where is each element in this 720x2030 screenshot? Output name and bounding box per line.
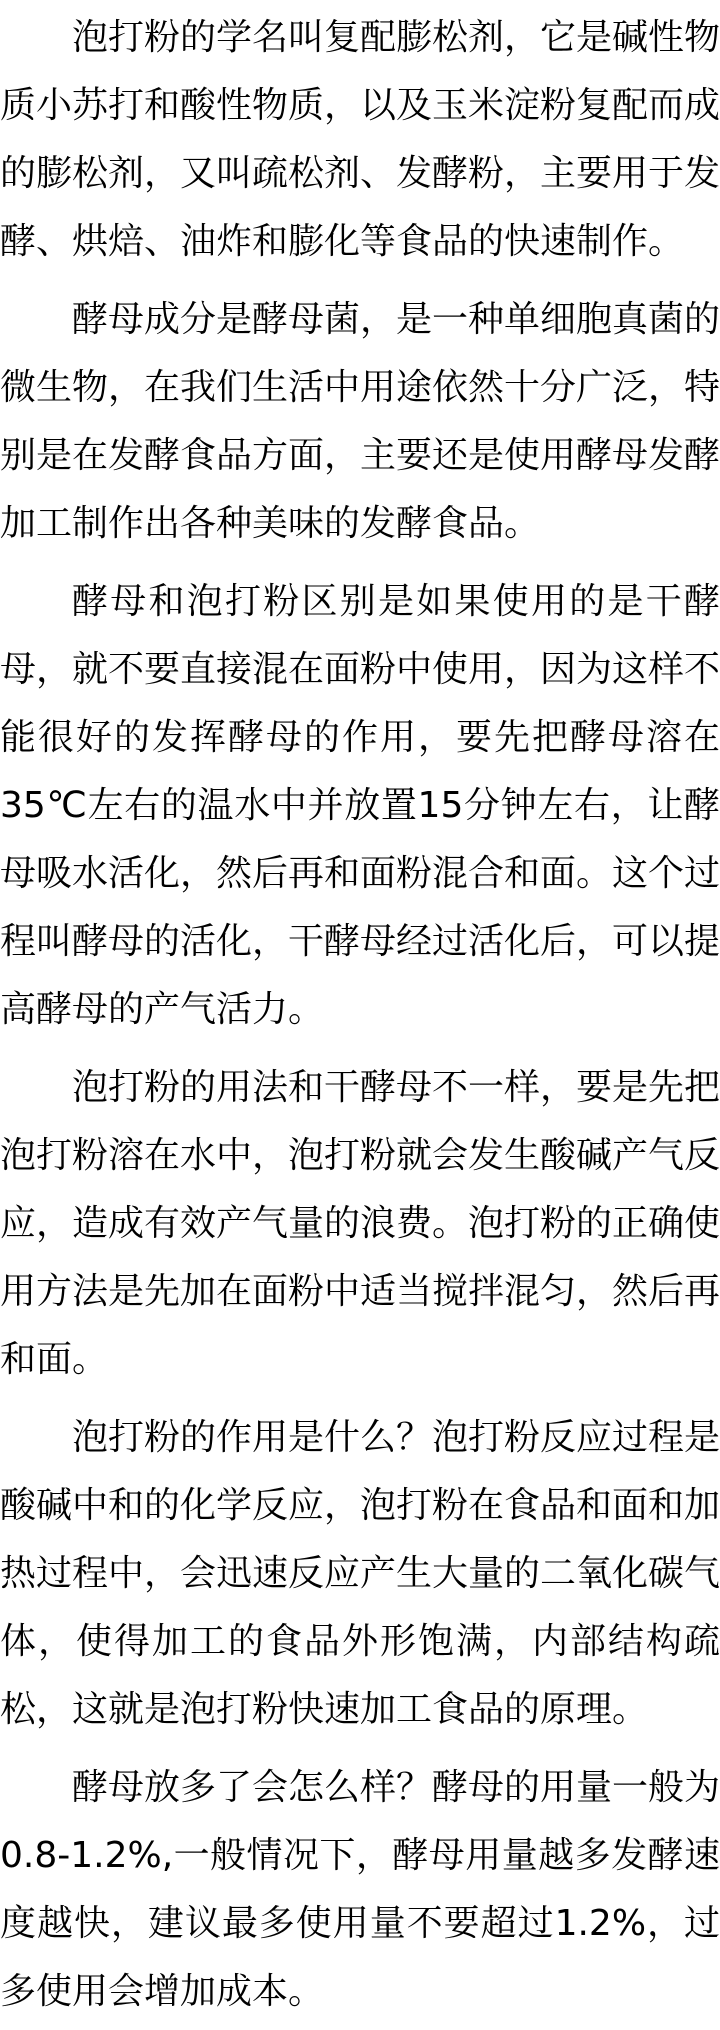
paragraph-baking-powder-definition: 泡打粉的学名叫复配膨松剂，它是碱性物质小苏打和酸性物质，以及玉米淀粉复配而成的膨… bbox=[0, 4, 720, 276]
paragraph-yeast-dosage: 酵母放多了会怎么样？酵母的用量一般为0.8-1.2%,一般情况下，酵母用量越多发… bbox=[0, 1754, 720, 2026]
paragraph-baking-powder-usage: 泡打粉的用法和干酵母不一样，要是先把泡打粉溶在水中，泡打粉就会发生酸碱产气反应，… bbox=[0, 1054, 720, 1394]
article-body: 泡打粉的学名叫复配膨松剂，它是碱性物质小苏打和酸性物质，以及玉米淀粉复配而成的膨… bbox=[0, 0, 720, 2026]
paragraph-yeast-definition: 酵母成分是酵母菌，是一种单细胞真菌的微生物，在我们生活中用途依然十分广泛，特别是… bbox=[0, 286, 720, 558]
paragraph-yeast-vs-baking-powder-usage: 酵母和泡打粉区别是如果使用的是干酵母，就不要直接混在面粉中使用，因为这样不能很好… bbox=[0, 568, 720, 1044]
paragraph-baking-powder-function: 泡打粉的作用是什么？泡打粉反应过程是酸碱中和的化学反应，泡打粉在食品和面和加热过… bbox=[0, 1404, 720, 1744]
